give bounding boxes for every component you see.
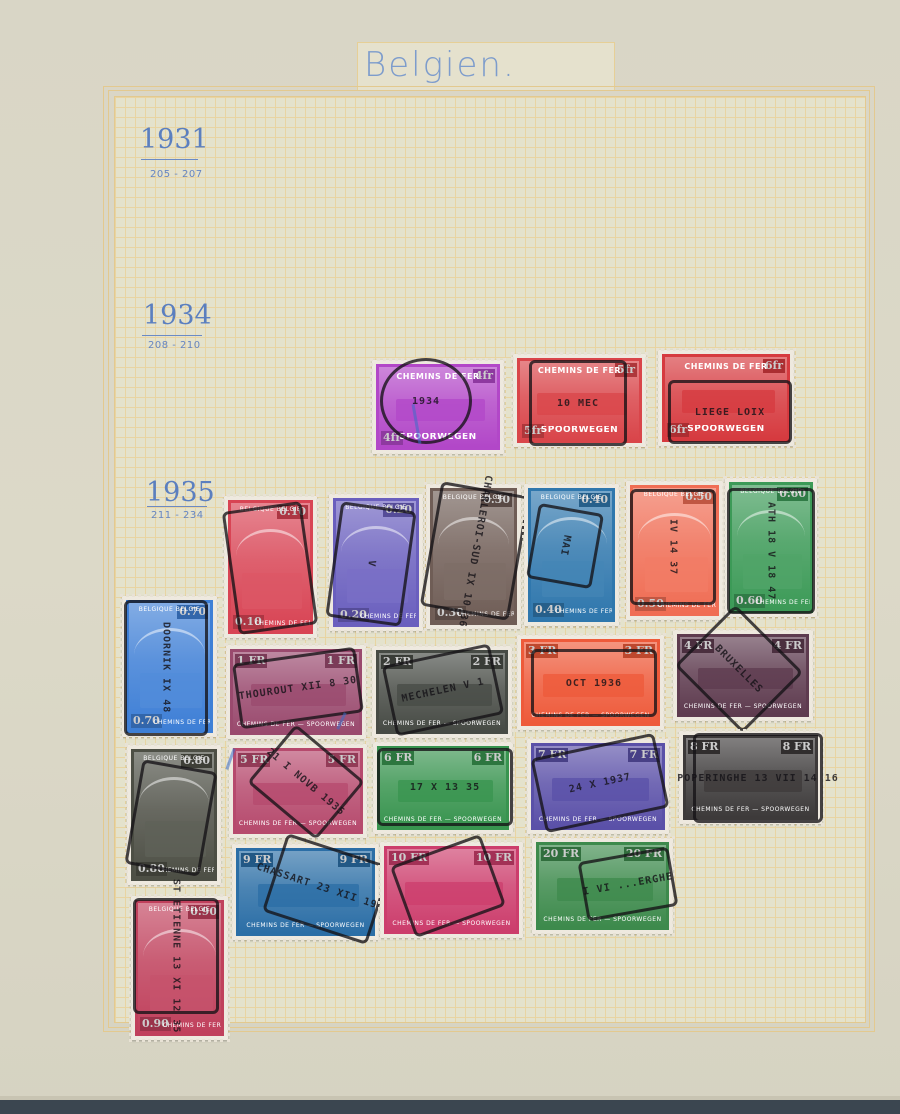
stamp-1935-0-20: 0.200.20BELGIQUE BELGIECHEMINS DE FER SP… <box>329 494 423 631</box>
stamp-1935-6fr: 6 FR6 FRCHEMINS DE FER — SPOORWEGEN17 X … <box>373 742 513 834</box>
postmark-cancel: ST ETIENNE 13 XI 12 35 <box>133 898 219 1014</box>
postmark-cancel: V <box>325 501 416 626</box>
stamp-1935-0-10: 0.100.10BELGIQUE BELGIECHEMINS DE FER SP… <box>224 496 317 638</box>
catalog-range-1934: 208 - 210 <box>148 340 201 351</box>
stamp-1935-0-90: 0.900.90BELGIQUE BELGIECHEMINS DE FER SP… <box>131 896 228 1040</box>
country-title: Belgien. <box>364 45 516 85</box>
postmark-cancel: 1934 <box>380 358 472 444</box>
postmark-cancel: OCT 1936 <box>531 649 657 717</box>
postmark-cancel: IV 14 37 <box>630 489 716 605</box>
year-rule <box>147 506 207 507</box>
stamp-1935-7fr: 7 FR7 FRCHEMINS DE FER — SPOORWEGEN24 X … <box>527 739 669 834</box>
album-binding <box>0 1100 900 1114</box>
stamp-1935-0-50: 0.500.50BELGIQUE BELGIECHEMINS DE FER SP… <box>626 481 723 620</box>
stamp-1934-6fr: 6fr6frCHEMINS DE FERSPOORWEGENLIEGE LOIX <box>658 350 794 446</box>
postmark-cancel: DOORNIK IX 48 <box>124 600 208 736</box>
stamp-1935-2fr: 2 FR2 FRCHEMINS DE FER — SPOORWEGENMECHE… <box>372 646 512 738</box>
stamp-top-inscription: CHEMINS DE FER <box>665 363 787 371</box>
postmark-cancel: POPERINGHE 13 VII 14 16 <box>693 733 823 823</box>
stamp-1934-5fr: 5fr5frCHEMINS DE FERSPOORWEGEN10 MEC <box>513 354 646 447</box>
stamp-1935-3fr: 3 FR3 FRCHEMINS DE FER — SPOORWEGENOCT 1… <box>517 635 664 730</box>
year-heading-1931: 1931 <box>140 124 209 155</box>
stamp-bottom-inscription: CHEMINS DE FER SPOORWEGEN <box>555 608 612 616</box>
stamp-1935-0-40: 0.400.40BELGIQUE BELGIECHEMINS DE FER SP… <box>524 484 619 626</box>
country-title-box: Belgien. <box>357 42 615 91</box>
postmark-cancel: 17 X 13 35 <box>377 748 513 826</box>
catalog-range-1931: 205 - 207 <box>150 169 203 180</box>
year-heading-1934: 1934 <box>143 300 212 331</box>
stamp-1935-4fr: 4 FR4 FRCHEMINS DE FER — SPOORWEGENBRUXE… <box>673 630 813 721</box>
catalog-range-1935: 211 - 234 <box>151 510 204 521</box>
stamp-1935-1fr: 1 FR1 FRCHEMINS DE FER — SPOORWEGENTHOUR… <box>226 645 366 739</box>
postmark-cancel: LIEGE LOIX <box>668 380 792 444</box>
stamp-1935-9fr: 9 FR9 FRCHEMINS DE FER — SPOORWEGENCHASS… <box>232 844 379 940</box>
stamp-top-inscription: BELGIQUE BELGIE <box>531 494 612 502</box>
stamp-1935-0-30: 0.300.30BELGIQUE BELGIECHEMINS DE FER SP… <box>426 484 521 629</box>
stamp-1935-20fr: 20 FR20 FRCHEMINS DE FER — SPOORWEGENI V… <box>532 838 673 934</box>
stamp-1935-8fr: 8 FR8 FRCHEMINS DE FER — SPOORWEGENPOPER… <box>679 731 822 824</box>
postmark-cancel: ATH 18 V 18 47 <box>727 488 815 614</box>
stamp-1935-0-70: 0.700.70BELGIQUE BELGIECHEMINS DE FER SP… <box>122 596 217 737</box>
stamp-1935-5fr: 5 FR5 FRCHEMINS DE FER — SPOORWEGEN21 I … <box>229 744 367 838</box>
year-rule <box>141 159 198 160</box>
stamp-1934-4fr: 4fr4frCHEMINS DE FERSPOORWEGEN1934 <box>372 360 504 454</box>
stamp-1935-0-60: 0.600.60BELGIQUE BELGIECHEMINS DE FER SP… <box>725 478 817 617</box>
stamp-1935-10fr: 10 FR10 FRCHEMINS DE FER — SPOORWEGEN <box>380 842 523 938</box>
stamp-1935-0-80: 0.800.80BELGIQUE BELGIECHEMINS DE FER SP… <box>127 745 221 885</box>
postmark-cancel: 10 MEC <box>529 360 627 446</box>
album-page: Belgien. 1931 205 - 207 1934 208 - 210 1… <box>0 0 900 1114</box>
stamp-value: 20 FR <box>541 847 581 861</box>
postmark-cancel: MAI <box>526 503 604 589</box>
postmark-cancel <box>222 501 318 635</box>
year-heading-1935: 1935 <box>146 477 215 508</box>
year-rule <box>142 335 202 336</box>
